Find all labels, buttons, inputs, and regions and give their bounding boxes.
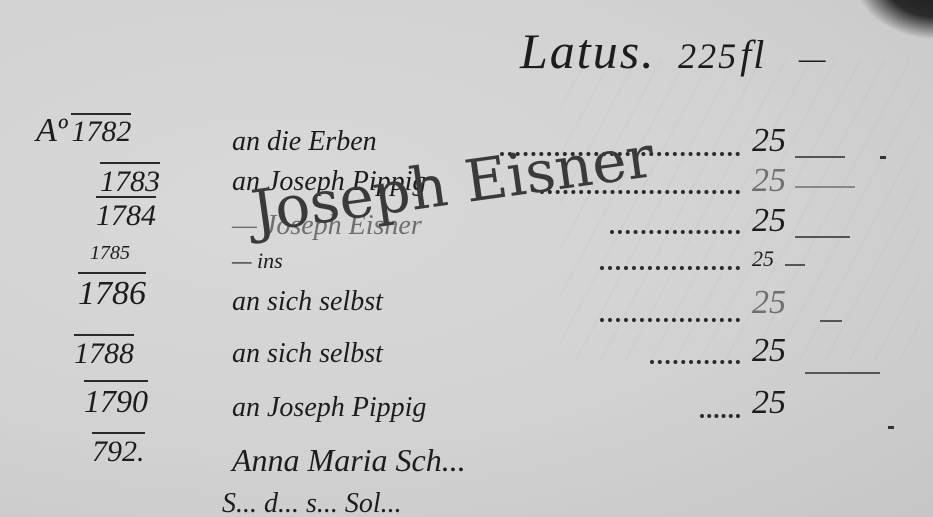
entry-year: 1790: [84, 380, 148, 420]
latus-separator: .: [641, 23, 656, 79]
entry-year: Aº1782: [36, 112, 131, 150]
entry-amount: 25: [752, 122, 786, 160]
entry-description: — ins: [232, 248, 283, 274]
entry-year: 1784: [96, 196, 156, 233]
year-prefix: Aº: [36, 112, 67, 149]
ledger-entry: 1790 an Joseph Pippig 25: [0, 380, 933, 420]
amount-tail-line: [785, 264, 805, 266]
entry-amount: 25: [752, 246, 774, 272]
ledger-entry: 792. Anna Maria Sch...: [0, 432, 933, 472]
entry-description: an Joseph Pippig: [232, 392, 426, 424]
entry-description: Anna Maria Sch...: [232, 442, 466, 479]
amount-tail-line: [805, 372, 880, 374]
entry-amount: 25: [752, 284, 786, 322]
margin-tick: [880, 156, 886, 159]
entry-description: an die Erben: [232, 126, 377, 158]
entry-amount: 25: [752, 202, 786, 240]
amount-tail-line: [795, 236, 850, 238]
amount-tail-line: [820, 320, 842, 322]
dotted-leader: [600, 266, 740, 270]
page-corner-shadow: [853, 0, 933, 40]
ledger-entry: Aº1782 an die Erben 25: [0, 112, 933, 152]
latus-amount: 225: [678, 36, 738, 76]
partial-bottom-line: S... d... s... Sol...: [222, 488, 402, 517]
dotted-leader: [700, 414, 740, 418]
entry-amount: 25: [752, 384, 786, 422]
entry-year: 1785: [90, 242, 130, 265]
dotted-leader: [610, 230, 740, 234]
latus-header: Latus. 225fl —: [520, 22, 828, 80]
entry-description: an sich selbst: [232, 286, 383, 318]
entry-year: 1786: [78, 272, 146, 313]
dotted-leader: [600, 318, 740, 322]
latus-label: Latus: [520, 23, 641, 79]
dotted-leader: [650, 360, 740, 364]
entry-amount: 25: [752, 332, 786, 370]
entry-year: 792.: [92, 432, 145, 469]
margin-tick: [888, 426, 894, 429]
year-value: 1782: [71, 113, 131, 148]
ledger-page: Latus. 225fl — Aº1782 an die Erben 25 17…: [0, 0, 933, 517]
ledger-entry: 1788 an sich selbst 25: [0, 328, 933, 368]
amount-tail-line: [795, 186, 855, 188]
entry-year: 1783: [100, 162, 160, 199]
latus-unit: fl: [740, 32, 766, 77]
latus-trailing-mark: —: [799, 42, 828, 75]
entry-year: 1788: [74, 334, 134, 371]
entry-amount: 25: [752, 162, 786, 200]
ledger-entry: 1786 an sich selbst 25: [0, 272, 933, 312]
entry-description: an sich selbst: [232, 338, 383, 370]
amount-tail-line: [795, 156, 845, 158]
